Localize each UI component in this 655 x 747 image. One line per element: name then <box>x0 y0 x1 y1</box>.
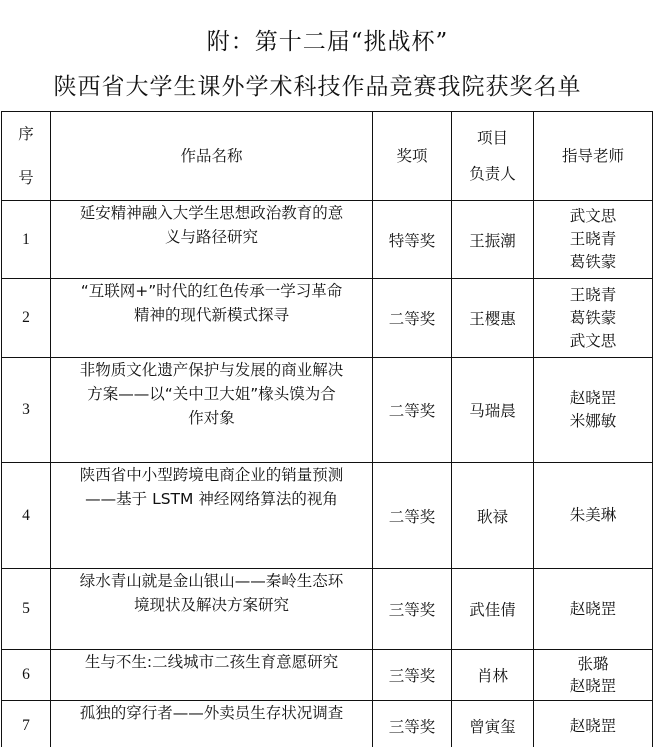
award-level: 三等奖 <box>373 701 452 747</box>
work-title: 孤独的穿行者——外卖员生存状况调查 <box>51 701 373 747</box>
advisor-teachers: 赵晓罡 米娜敏 <box>534 358 653 463</box>
award-level: 三等奖 <box>373 650 452 701</box>
awards-table: 序 号 作品名称 奖项 项目 负责人 指导老师 1 延安精神融入大学生思想政治教… <box>1 111 653 747</box>
award-level: 二等奖 <box>373 279 452 358</box>
row-number: 5 <box>2 569 51 650</box>
document-title-line2: 陕西省大学生课外学术科技作品竞赛我院获奖名单 <box>0 72 635 102</box>
header-award: 奖项 <box>373 112 452 201</box>
row-number: 6 <box>2 650 51 701</box>
work-title: 陕西省中小型跨境电商企业的销量预测 ——基于 LSTM 神经网络算法的视角 <box>51 463 373 569</box>
table-row: 2 “互联网+”时代的红色传承一学习革命 精神的现代新模式探寻 二等奖 王樱惠 … <box>2 279 653 358</box>
advisor-teachers: 赵晓罡 <box>534 701 653 747</box>
project-leader: 肖林 <box>452 650 534 701</box>
project-leader: 耿禄 <box>452 463 534 569</box>
award-level: 二等奖 <box>373 463 452 569</box>
table-row: 4 陕西省中小型跨境电商企业的销量预测 ——基于 LSTM 神经网络算法的视角 … <box>2 463 653 569</box>
work-title: 生与不生:二线城市二孩生育意愿研究 <box>51 650 373 701</box>
work-title: 延安精神融入大学生思想政治教育的意 义与路径研究 <box>51 201 373 279</box>
row-number: 2 <box>2 279 51 358</box>
award-level: 特等奖 <box>373 201 452 279</box>
table-row: 5 绿水青山就是金山银山——秦岭生态环 境现状及解决方案研究 三等奖 武佳倩 赵… <box>2 569 653 650</box>
row-number: 7 <box>2 701 51 747</box>
table-row: 1 延安精神融入大学生思想政治教育的意 义与路径研究 特等奖 王振潮 武文思 王… <box>2 201 653 279</box>
header-work-title: 作品名称 <box>51 112 373 201</box>
project-leader: 王樱惠 <box>452 279 534 358</box>
advisor-teachers: 赵晓罡 <box>534 569 653 650</box>
header-number: 序 号 <box>2 112 51 201</box>
row-number: 3 <box>2 358 51 463</box>
table-row: 6 生与不生:二线城市二孩生育意愿研究 三等奖 肖林 张璐 赵晓罡 <box>2 650 653 701</box>
document-title-line1: 附：第十二届“挑战杯” <box>0 27 655 57</box>
table-row: 7 孤独的穿行者——外卖员生存状况调查 三等奖 曾寅玺 赵晓罡 <box>2 701 653 747</box>
advisor-teachers: 武文思 王晓青 葛铁蒙 <box>534 201 653 279</box>
award-level: 二等奖 <box>373 358 452 463</box>
header-leader: 项目 负责人 <box>452 112 534 201</box>
header-teachers: 指导老师 <box>534 112 653 201</box>
project-leader: 马瑞晨 <box>452 358 534 463</box>
advisor-teachers: 朱美琳 <box>534 463 653 569</box>
project-leader: 王振潮 <box>452 201 534 279</box>
advisor-teachers: 张璐 赵晓罡 <box>534 650 653 701</box>
table-row: 3 非物质文化遗产保护与发展的商业解决 方案——以“关中卫大姐”椽头馍为合 作对… <box>2 358 653 463</box>
work-title: “互联网+”时代的红色传承一学习革命 精神的现代新模式探寻 <box>51 279 373 358</box>
table-header-row: 序 号 作品名称 奖项 项目 负责人 指导老师 <box>2 112 653 201</box>
row-number: 4 <box>2 463 51 569</box>
work-title: 绿水青山就是金山银山——秦岭生态环 境现状及解决方案研究 <box>51 569 373 650</box>
row-number: 1 <box>2 201 51 279</box>
project-leader: 曾寅玺 <box>452 701 534 747</box>
advisor-teachers: 王晓青 葛铁蒙 武文思 <box>534 279 653 358</box>
project-leader: 武佳倩 <box>452 569 534 650</box>
work-title: 非物质文化遗产保护与发展的商业解决 方案——以“关中卫大姐”椽头馍为合 作对象 <box>51 358 373 463</box>
award-level: 三等奖 <box>373 569 452 650</box>
